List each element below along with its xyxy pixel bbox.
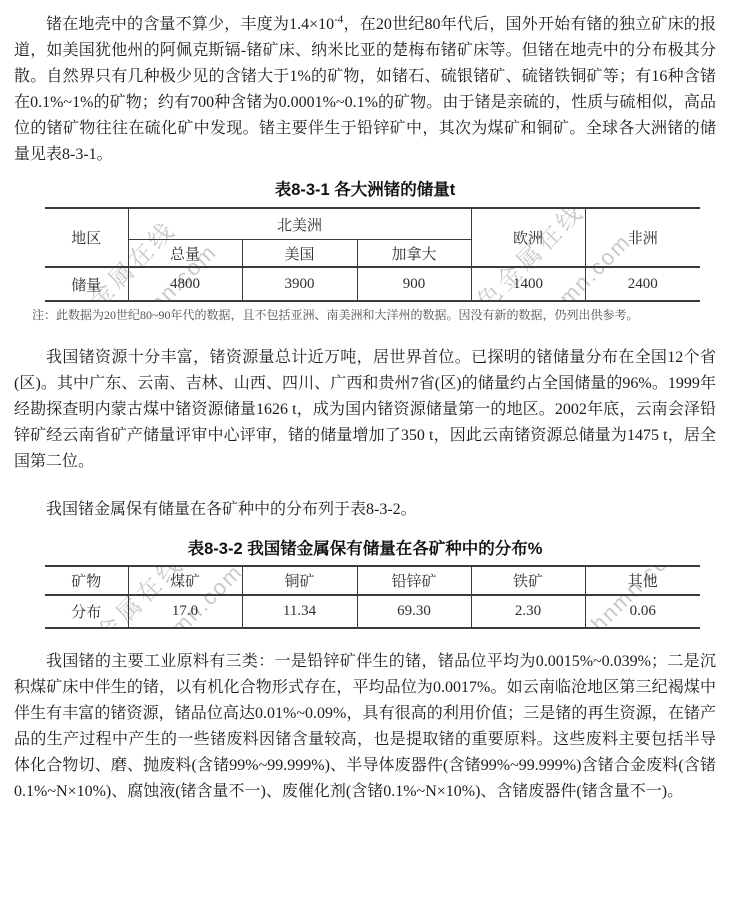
p1-text-before-sup: 锗在地壳中的含量不算少，丰度为1.4×10 <box>46 16 334 33</box>
row-label-reserves: 储量 <box>45 267 128 301</box>
table2-container: 有色金属在线 www.chnmn.com www.chnmn.com 矿物 煤矿… <box>45 565 700 629</box>
paragraph-china-resources: 我国锗资源十分丰富，锗资源量总计近万吨，居世界首位。已探明的锗储量分布在全国12… <box>14 345 716 475</box>
value-europe: 1400 <box>471 267 585 301</box>
row-label-distribution: 分布 <box>45 595 128 628</box>
header-north-america: 北美洲 <box>128 208 471 240</box>
header-africa: 非洲 <box>585 208 700 267</box>
paragraph-raw-materials: 我国锗的主要工业原料有三类：一是铅锌矿伴生的锗，锗品位平均为0.0015%~0.… <box>14 649 716 805</box>
header-na-canada: 加拿大 <box>357 240 471 268</box>
paragraph-table2-lead: 我国锗金属保有储量在各矿种中的分布列于表8-3-2。 <box>14 497 716 523</box>
table1-note: 注：此数据为20世纪80~90年代的数据，且不包括亚洲、南美洲和大洋州的数据。因… <box>32 307 716 323</box>
header-copper: 铜矿 <box>242 566 357 595</box>
reserves-by-continent-table: 地区 北美洲 欧洲 非洲 总量 美国 加拿大 储量 4800 3900 900 … <box>45 207 700 302</box>
value-copper: 11.34 <box>242 595 357 628</box>
header-coal: 煤矿 <box>128 566 242 595</box>
header-other: 其他 <box>585 566 700 595</box>
header-europe: 欧洲 <box>471 208 585 267</box>
value-na-total: 4800 <box>128 267 242 301</box>
value-canada: 900 <box>357 267 471 301</box>
header-na-usa: 美国 <box>242 240 357 268</box>
header-region: 地区 <box>45 208 128 267</box>
value-iron: 2.30 <box>471 595 585 628</box>
distribution-by-ore-table: 矿物 煤矿 铜矿 铅锌矿 铁矿 其他 分布 17.0 11.34 69.30 2… <box>45 565 700 629</box>
header-iron: 铁矿 <box>471 566 585 595</box>
table2-title: 表8-3-2 我国锗金属保有储量在各矿种中的分布% <box>14 538 716 560</box>
header-lead-zinc: 铅锌矿 <box>357 566 471 595</box>
value-other: 0.06 <box>585 595 700 628</box>
superscript-exponent: -4 <box>334 14 343 26</box>
table1-container: 有色金属在线 www.chnmn.com 有色金属在线 www.chnmn.co… <box>45 207 700 302</box>
value-lead-zinc: 69.30 <box>357 595 471 628</box>
value-usa: 3900 <box>242 267 357 301</box>
paragraph-intro: 锗在地壳中的含量不算少，丰度为1.4×10-4，在20世纪80年代后，国外开始有… <box>14 12 716 168</box>
value-africa: 2400 <box>585 267 700 301</box>
header-na-total: 总量 <box>128 240 242 268</box>
value-coal: 17.0 <box>128 595 242 628</box>
document-page: 锗在地壳中的含量不算少，丰度为1.4×10-4，在20世纪80年代后，国外开始有… <box>0 0 730 909</box>
table1-title: 表8-3-1 各大洲锗的储量t <box>14 179 716 201</box>
p1-text-after-sup: ，在20世纪80年代后，国外开始有锗的独立矿床的报道，如美国犹他州的阿佩克斯镉-… <box>14 16 716 163</box>
header-mineral: 矿物 <box>45 566 128 595</box>
